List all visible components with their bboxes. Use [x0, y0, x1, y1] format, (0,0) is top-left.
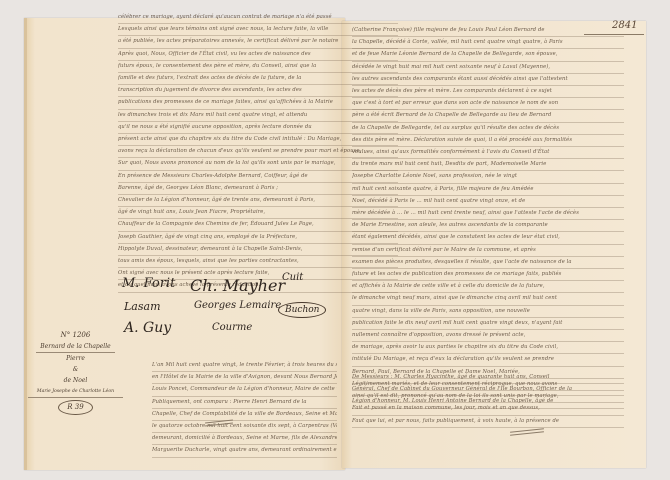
handwritten-line: père a été écrit Bernard de la Chapelle … — [352, 110, 624, 122]
margin-name-4: Marie Josephe de Charlotte Léon — [28, 386, 123, 398]
handwritten-line: Légion d'honneur, M. Louis Henri Antoine… — [352, 396, 624, 408]
handwritten-line: et affichés à la Mairie de cette ville e… — [352, 281, 624, 293]
handwritten-line: les actes de décès des père et mère. Les… — [352, 86, 624, 98]
handwritten-line: Chapelle, Chef de Comptabilité de la vil… — [152, 409, 337, 421]
handwritten-line: du trente mars mil huit cent huit, Desdi… — [352, 159, 624, 171]
handwritten-line: De Messieurs : M. Charles Hyacinthe, âgé… — [352, 372, 624, 384]
signature: Cuit — [282, 272, 303, 283]
entry-number: N° 1206 — [28, 330, 123, 341]
margin-name-2: Pierre — [28, 353, 123, 364]
handwritten-line: de Marie Ernestine, son aïeule, les autr… — [352, 220, 624, 232]
handwritten-line: de la Chapelle de Bellegarde, tel au sur… — [352, 123, 624, 135]
handwritten-line: que c'est à tort et par erreur que dans … — [352, 98, 624, 110]
handwritten-line: de mariage, après avoir lu aux parties l… — [352, 342, 624, 354]
handwritten-line: L'an Mil huit cent quatre vingt, le tren… — [152, 360, 337, 372]
handwritten-line: Noel, décédé à Paris le ... mil huit cen… — [352, 196, 624, 208]
handwritten-line: examen des pièces produites, desquelles … — [352, 257, 624, 269]
signature: A. Guy — [124, 320, 171, 336]
handwritten-line: quatre vingt, dans la ville de Paris, sa… — [352, 306, 624, 318]
right-page-body: (Catherine Françoise) fille majeure de f… — [352, 25, 624, 428]
handwritten-line: demeurant, domicilié à Bordeaux, Seine e… — [152, 433, 337, 445]
signature: Ch. Mayher — [190, 276, 285, 295]
handwritten-line: et de feue Marie Léonie Bernard de la Ch… — [352, 49, 624, 61]
handwritten-line: étant également décédés, ainsi que le co… — [352, 232, 624, 244]
handwritten-line: (Catherine Françoise) fille majeure de f… — [352, 25, 624, 37]
handwritten-line: Publiquement, ont comparu : Pierre Henri… — [152, 397, 337, 409]
handwritten-line: mère décédée à ... le ... mil huit cent … — [352, 208, 624, 220]
margin-name-1: Bernard de la Chapelle — [36, 341, 115, 353]
margin-conjunction: & — [28, 364, 123, 375]
signature: Courme — [212, 322, 252, 333]
handwritten-line: décédée le vingt huit mai mil huit cent … — [352, 62, 624, 74]
handwritten-line: le quatorze octobre mil huit cent soixan… — [152, 421, 337, 433]
handwritten-line: la Chapelle, décédé à Corte, vallée, mil… — [352, 37, 624, 49]
signature: M. Forit — [122, 276, 175, 291]
signature: Georges Lemaire — [194, 300, 281, 311]
handwritten-line: les autres ascendants des comparants éta… — [352, 74, 624, 86]
handwritten-line: publication faite le dix neuf avril mil … — [352, 318, 624, 330]
margin-name-3: de Noel — [28, 375, 123, 386]
handwritten-line: en l'Hôtel de la Mairie de la ville d'Av… — [152, 372, 337, 384]
handwritten-line: voulues, ainsi qu'aux formalités conform… — [352, 147, 624, 159]
right-page-closing: De Messieurs : M. Charles Hyacinthe, âgé… — [352, 372, 624, 409]
margin-reference: R 39 — [58, 400, 92, 415]
signature: Lasam — [124, 300, 161, 313]
handwritten-line: le dimanche vingt neuf mars, ainsi que l… — [352, 293, 624, 305]
signature: Buchon — [278, 302, 326, 318]
handwritten-line: Josephe Charlotte Léonie Noel, sans prof… — [352, 171, 624, 183]
handwritten-line: Faut que lui, et par nous, faits publiqu… — [352, 416, 624, 428]
margin-note: N° 1206 Bernard de la Chapelle Pierre & … — [28, 330, 123, 415]
handwritten-line: remise d'un certificat délivré par le Ma… — [352, 245, 624, 257]
handwritten-line: Louis Poncet, Commandeur de la Légion d'… — [152, 384, 337, 396]
handwritten-line: célébrer ce mariage, ayant déclaré qu'au… — [118, 12, 398, 24]
handwritten-line: Général, Chef de Cabinet du Gouverneur G… — [352, 384, 624, 396]
bleed-through-text: ​ — [40, 52, 100, 64]
next-act-text: L'an Mil huit cent quatre vingt, le tren… — [152, 360, 337, 458]
handwritten-line: nullement connaître d'opposition, avons … — [352, 330, 624, 342]
handwritten-line: intitulé Du Mariage, et reçu d'eux la dé… — [352, 354, 624, 366]
handwritten-line: future et les actes de publication des p… — [352, 269, 624, 281]
handwritten-line: des dits père et mère. Déclaration suivi… — [352, 135, 624, 147]
handwritten-line: Marguerite Ducharle, vingt quatre ans, d… — [152, 445, 337, 457]
handwritten-line: mil huit cent soixante quatre, à Paris, … — [352, 184, 624, 196]
